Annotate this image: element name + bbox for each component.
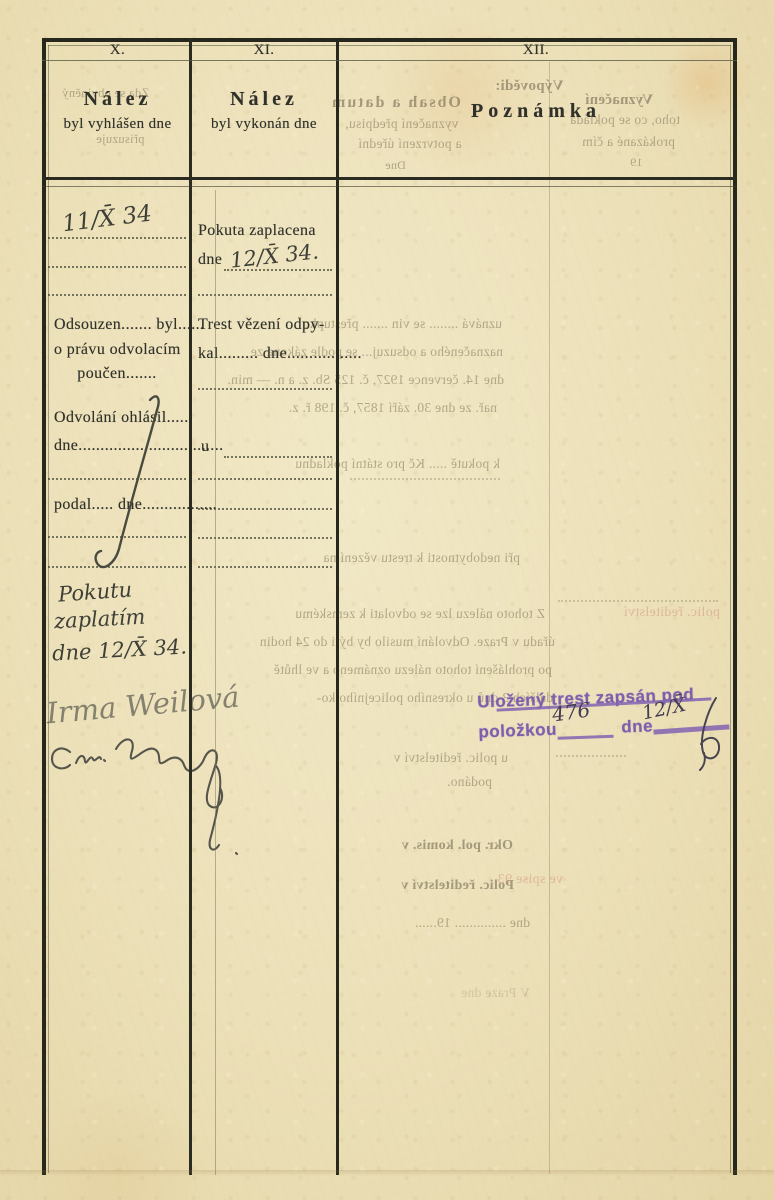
scanned-form-page: X. XI. XII. Nález byl vyhlášen dne Nález…	[0, 0, 774, 1200]
paraph-flourish	[0, 0, 774, 1200]
